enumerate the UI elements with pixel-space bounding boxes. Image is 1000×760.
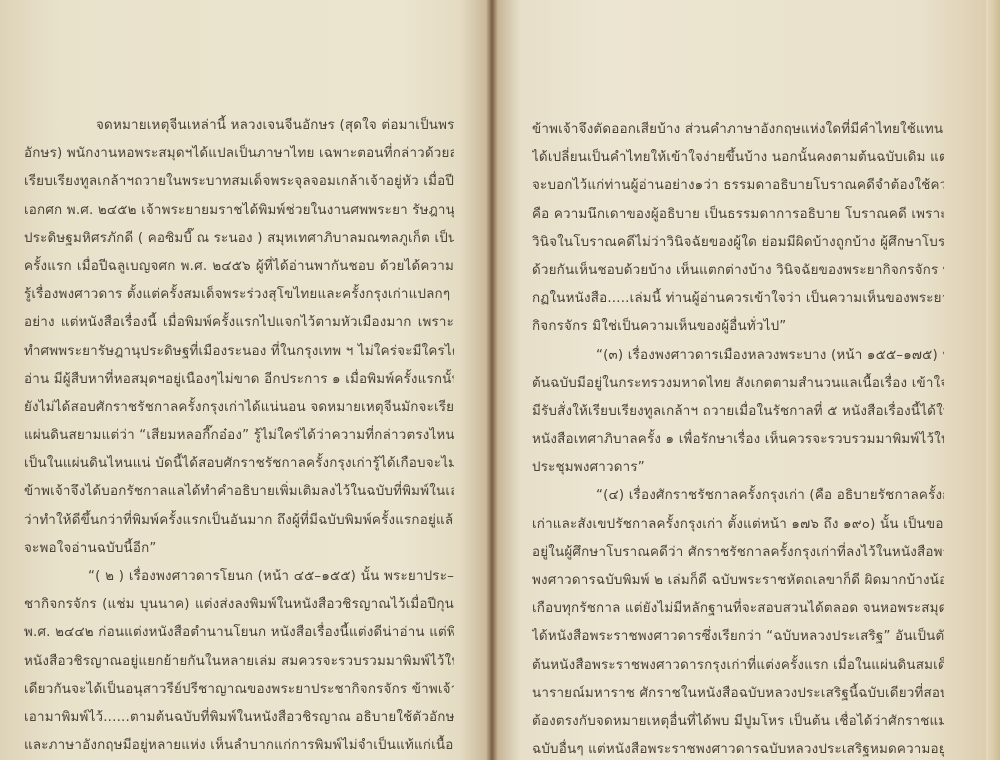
text-line: “(๓) เรื่องพงศาวดารเมืองหลวงพระบาง (หน้า… [532, 342, 944, 370]
page-edge [986, 0, 1000, 760]
text-line: เป็นในแผ่นดินไหนแน่ บัดนี้ได้สอบศักราชรั… [24, 450, 454, 478]
text-line: เรียบเรียงทูลเกล้าฯถวายในพระบาทสมเด็จพระ… [24, 168, 454, 196]
text-line: อย่าง แต่หนังสือเรื่องนี้ เมื่อพิมพ์ครั้… [24, 309, 454, 337]
text-line: อักษร) พนักงานหอพระสมุดฯได้แปลเป็นภาษาไท… [24, 140, 454, 168]
text-line: ทำศพพระยารัษฎานุประดิษฐที่เมืองระนอง ที่… [24, 338, 454, 366]
text-line: จะพอใจอ่านฉบับนี้อีก” [24, 535, 454, 563]
text-line: ได้หนังสือพระราชพงศาวดารซึ่งเรียกว่า “ฉบ… [532, 623, 944, 651]
text-line: เอกศก พ.ศ. ๒๔๕๒ เจ้าพระยายมราชได้พิมพ์ช่… [24, 197, 454, 225]
text-line: ได้เปลี่ยนเป็นคำไทยให้เข้าใจง่ายขึ้นบ้าง… [532, 144, 944, 172]
text-line: ครั้งแรก เมื่อปีฉลูเบญจศก พ.ศ. ๒๔๕๖ ผู้ท… [24, 253, 454, 281]
right-page-text: ข้าพเจ้าจึงตัดออกเสียบ้าง ส่วนคำภาษาอังก… [532, 116, 944, 760]
text-line: ด้วยกันเห็นชอบด้วยบ้าง เห็นแตกต่างบ้าง ว… [532, 257, 944, 285]
text-line: อ่าน มีผู้สืบหาที่หอสมุดฯอยู่เนืองๆไม่ขา… [24, 366, 454, 394]
text-line: คือ ความนึกเดาของผู้อธิบาย เป็นธรรมดาการ… [532, 201, 944, 229]
text-line: กิจกรจักร มิใช่เป็นความเห็นของผู้อื่นทั่… [532, 313, 944, 341]
text-line: พงศาวดารฉบับพิมพ์ ๒ เล่มก็ดี ฉบับพระราชห… [532, 567, 944, 595]
text-line: ข้าพเจ้าจึงตัดออกเสียบ้าง ส่วนคำภาษาอังก… [532, 116, 944, 144]
left-page: จดหมายเหตุจีนเหล่านี้ หลวงเจนจีนอักษร (ส… [0, 0, 486, 760]
text-line: ฉบับอื่นๆ แต่หนังสือพระราชพงศาวดารฉบับหล… [532, 736, 944, 760]
text-line: เก่าและสังเขปรัชกาลครั้งกรุงเก่า ตั้งแต่… [532, 511, 944, 539]
text-line: หนังสือวชิรญาณอยู่แยกย้ายกันในหลายเล่ม ส… [24, 648, 454, 676]
text-line: หนังสือเทศาภิบาลครั้ง ๑ เพื่อรักษาเรื่อง… [532, 426, 944, 454]
text-line: “(๔) เรื่องศักราชรัชกาลครั้งกรุงเก่า (คื… [532, 482, 944, 510]
text-line: ต้นหนังสือพระราชพงศาวดารกรุงเก่าที่แต่งค… [532, 652, 944, 680]
text-line: ประชุมพงศาวดาร” [532, 454, 944, 482]
text-line: เดียวกันจะได้เป็นอนุสาวรีย์ปรีชาญาณของพร… [24, 676, 454, 704]
text-line: จะบอกไว้แก่ท่านผู้อ่านอย่าง๑ว่า ธรรมดาอธ… [532, 172, 944, 200]
text-line: “( ๒ ) เรื่องพงศาวดารโยนก (หน้า ๔๕–๑๕๕) … [24, 563, 454, 591]
text-line: นารายณ์มหาราช ศักราชในหนังสือฉบับหลวงประ… [532, 680, 944, 708]
text-line: มีรับสั่งให้เรียบเรียงทูลเกล้าฯ ถวายเมื่… [532, 398, 944, 426]
text-line: เอามาพิมพ์ไว้......ตามต้นฉบับที่พิมพ์ในห… [24, 704, 454, 732]
text-line: พ.ศ. ๒๔๔๒ ก่อนแต่งหนังสือตำนานโยนก หนังส… [24, 619, 454, 647]
text-line: วินิจในโบราณคดีไม่ว่าวินิจฉัยของผู้ใด ย่… [532, 229, 944, 257]
text-line: เกือบทุกรัชกาล แต่ยังไม่มีหลักฐานที่จะสอ… [532, 595, 944, 623]
text-line: และภาษาอังกฤษมีอยู่หลายแห่ง เห็นลำบากแก่… [24, 732, 454, 760]
text-line: อยู่ในผู้ศึกษาโบราณคดีว่า ศักราชรัชกาลคร… [532, 539, 944, 567]
right-page: ข้าพเจ้าจึงตัดออกเสียบ้าง ส่วนคำภาษาอังก… [500, 0, 1000, 760]
text-line: ข้าพเจ้าจึงได้บอกรัชกาลแลได้ทำคำอธิบายเพ… [24, 478, 454, 506]
text-line: ชากิจกรจักร (แช่ม บุนนาค) แต่งส่งลงพิมพ์… [24, 591, 454, 619]
left-page-text: จดหมายเหตุจีนเหล่านี้ หลวงเจนจีนอักษร (ส… [24, 112, 454, 760]
text-line: ยังไม่ได้สอบศักราชรัชกาลครั้งกรุงเก่าได้… [24, 394, 454, 422]
text-line: แผ่นดินสยามแต่ว่า “เสียมหลอกี๊กอ๋อง” รู้… [24, 422, 454, 450]
text-line: ต้องตรงกับจดหมายเหตุอื่นที่ได้พบ มีปูมโห… [532, 708, 944, 736]
text-line: รู้เรื่องพงศาวดาร ตั้งแต่ครั้งสมเด็จพระร… [24, 281, 454, 309]
text-line: ว่าทำให้ดีขึ้นกว่าที่พิมพ์ครั้งแรกเป็นอั… [24, 507, 454, 535]
text-line: ต้นฉบับมีอยู่ในกระทรวงมหาดไทย สังเกตตามส… [532, 370, 944, 398]
text-line: จดหมายเหตุจีนเหล่านี้ หลวงเจนจีนอักษร (ส… [24, 112, 454, 140]
text-line: ประดิษฐมหิศรภักดี ( คอซิมบี๊ ณ ระนอง ) ส… [24, 225, 454, 253]
open-book-spread: จดหมายเหตุจีนเหล่านี้ หลวงเจนจีนอักษร (ส… [0, 0, 1000, 760]
text-line: กฏในหนังสือ.....เล่มนี้ ท่านผู้อ่านควรเข… [532, 285, 944, 313]
